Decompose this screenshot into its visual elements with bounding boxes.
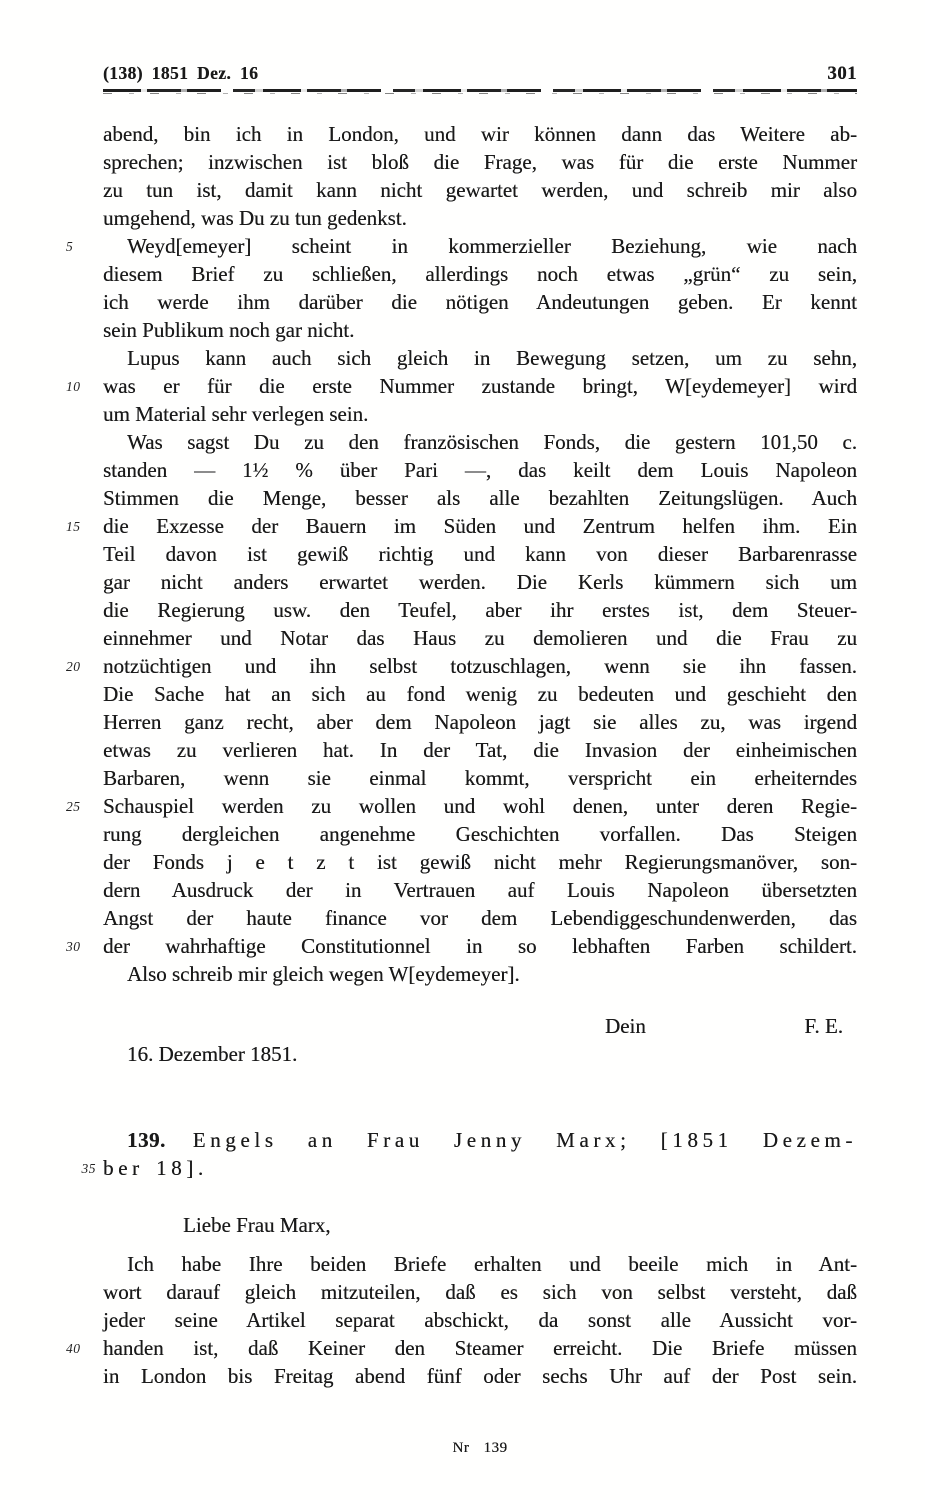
- letter-heading-text: Engels an Frau Jenny Marx; [1851 Dezem-: [193, 1128, 857, 1152]
- text-line: sprechen; inzwischen ist bloß die Frage,…: [103, 148, 857, 176]
- text-line: um Material sehr verlegen sein.: [103, 400, 857, 428]
- text-line: der Fonds j e t z t ist gewiß nicht mehr…: [103, 848, 857, 876]
- text-line: Angst der haute finance vor dem Lebendig…: [103, 904, 857, 932]
- text-line: diesem Brief zu schließen, allerdings no…: [103, 260, 857, 288]
- margin-line-number: 30: [66, 934, 96, 960]
- text-line: dern Ausdruck der in Vertrauen auf Louis…: [103, 876, 857, 904]
- letter-number: 139.: [127, 1128, 170, 1152]
- header-rule-strand: [103, 89, 857, 92]
- text-line: etwas zu verlieren hat. In der Tat, die …: [103, 736, 857, 764]
- text-line: standen — 1½ % über Pari —, das keilt de…: [103, 456, 857, 484]
- signature-initials: F. E.: [804, 1012, 843, 1040]
- running-head: (138) 1851 Dez. 16 301: [103, 63, 857, 85]
- letter-text-flow: abend, bin ich in London, und wir können…: [75, 120, 887, 1390]
- text-line: zu tun ist, damit kann nicht gewartet we…: [103, 176, 857, 204]
- text-line: jeder seine Artikel separat abschickt, d…: [103, 1306, 857, 1334]
- text-line: abend, bin ich in London, und wir können…: [103, 120, 857, 148]
- text-line: sein Publikum noch gar nicht.: [103, 316, 857, 344]
- text-line: Was sagst Du zu den französischen Fonds,…: [103, 428, 857, 456]
- text-line: was er für die erste Nummer zustande bri…: [103, 372, 857, 400]
- vertical-gap: [75, 1239, 887, 1250]
- text-line: Barbaren, wenn sie einmal kommt, verspri…: [103, 764, 857, 792]
- text-line: einnehmer und Notar das Haus zu demolier…: [103, 624, 857, 652]
- text-line: wort darauf gleich mitzuteilen, daß es s…: [103, 1278, 857, 1306]
- vertical-gap: [75, 1068, 887, 1126]
- letter-heading: 139. Engels an Frau Jenny Marx; [1851 De…: [103, 1126, 857, 1154]
- book-page: (138) 1851 Dez. 16 301 abend, bin ich in…: [0, 0, 925, 1500]
- text-line: Die Sache hat an sich au fond wenig zu b…: [103, 680, 857, 708]
- footer-folio: Nr 139: [103, 1440, 857, 1457]
- margin-line-number: 10: [66, 374, 96, 400]
- page-number: 301: [827, 63, 857, 85]
- text-line: Lupus kann auch sich gleich in Bewegung …: [103, 344, 857, 372]
- text-line: die Regierung usw. den Teufel, aber ihr …: [103, 596, 857, 624]
- text-line: rung dergleichen angenehme Geschichten v…: [103, 820, 857, 848]
- salutation: Liebe Frau Marx,: [103, 1211, 857, 1239]
- margin-line-number: 20: [66, 654, 96, 680]
- text-line: die Exzesse der Bauern im Süden und Zent…: [103, 512, 857, 540]
- text-line: Stimmen die Menge, besser als alle bezah…: [103, 484, 857, 512]
- running-head-chapter: (138) 1851 Dez. 16: [103, 63, 258, 84]
- text-line: gar nicht anders erwartet werden. Die Ke…: [103, 568, 857, 596]
- text-line: ber 18].35: [103, 1154, 857, 1182]
- signature-closing: Dein: [605, 1012, 646, 1040]
- text-line: in London bis Freitag abend fünf oder se…: [103, 1362, 857, 1390]
- text-line: Teil davon ist gewiß richtig und kann vo…: [103, 540, 857, 568]
- text-line: Weyd[emeyer] scheint in kommerzieller Be…: [103, 232, 857, 260]
- margin-line-number: 35: [66, 1156, 96, 1182]
- text-line: Schauspiel werden zu wollen und wohl den…: [103, 792, 857, 820]
- text-line: 16. Dezember 1851.: [103, 1040, 857, 1068]
- margin-line-number: 40: [66, 1336, 96, 1362]
- text-line: ich werde ihm darüber die nötigen Andeut…: [103, 288, 857, 316]
- margin-line-number: 5: [66, 234, 96, 260]
- margin-line-number: 25: [66, 794, 96, 820]
- header-rule-strand: [103, 93, 857, 94]
- vertical-gap: [75, 1182, 887, 1211]
- text-line: der wahrhaftige Constitutionnel in so le…: [103, 932, 857, 960]
- signature-row: DeinF. E.: [103, 1012, 857, 1040]
- text-line: handen ist, daß Keiner den Steamer errei…: [103, 1334, 857, 1362]
- text-line: notzüchtigen und ihn selbst totzuschlage…: [103, 652, 857, 680]
- text-line: umgehend, was Du zu tun gedenkst.: [103, 204, 857, 232]
- text-line: Ich habe Ihre beiden Briefe erhalten und…: [103, 1250, 857, 1278]
- header-rule: [103, 89, 857, 95]
- vertical-gap: [75, 988, 887, 1012]
- text-line: Herren ganz recht, aber dem Napoleon jag…: [103, 708, 857, 736]
- margin-line-number: 15: [66, 514, 96, 540]
- text-line: Also schreib mir gleich wegen W[eydemeye…: [103, 960, 857, 988]
